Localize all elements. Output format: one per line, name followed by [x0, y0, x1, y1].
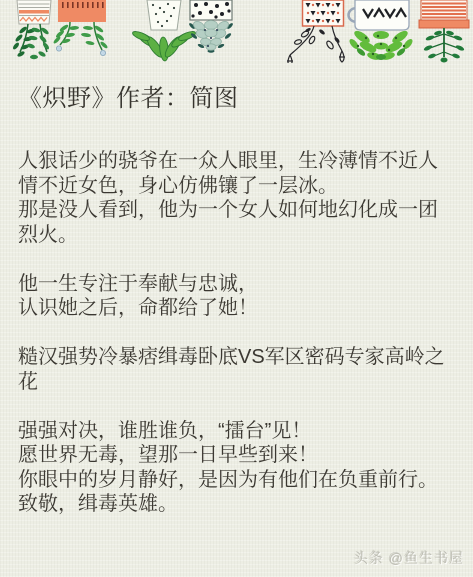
- paragraph-tagline: 糙汉强势冷暴痞缉毒卧底VS军区密码专家高岭之花: [18, 345, 455, 394]
- text-line: 那是没人看到，他为一个女人如何地幻化成一团烈火。: [18, 198, 455, 247]
- hanging-plants-illustration: [0, 0, 473, 63]
- book-description: 人狠话少的骁爷在一众人眼里，生冷薄情不近人情不近女色，身心仿佛镶了一层冰。 那是…: [18, 149, 455, 517]
- orange-pot-branch-plant-icon: [53, 0, 109, 56]
- polkadot-pot-teal-plant-icon: [188, 0, 234, 53]
- paragraph-devotion: 他一生专注于奉献与忠诚， 认识她之后，命都给了她！: [18, 272, 455, 321]
- dotted-pot-spider-plant-icon: [131, 0, 196, 61]
- striped-pot-dark-plant-icon: [12, 0, 51, 59]
- striped-orange-pot-fishbone-plant-icon: [419, 0, 469, 63]
- text-line: 人狠话少的骁爷在一众人眼里，生冷薄情不近人情不近女色，身心仿佛镶了一层冰。: [18, 149, 455, 198]
- text-line: 愿世界无毒，望那一日早些到来！: [18, 443, 455, 468]
- book-recommendation-card: 《炽野》作者：简图 人狠话少的骁爷在一众人眼里，生冷薄情不近人情不近女色，身心仿…: [0, 0, 473, 577]
- paragraph-intro: 人狠话少的骁爷在一众人眼里，生冷薄情不近人情不近女色，身心仿佛镶了一层冰。 那是…: [18, 149, 455, 247]
- mug-pot-fern-plant-icon: [348, 0, 414, 61]
- triangle-pot-ink-plant-icon: [287, 0, 345, 63]
- text-line: 他一生专注于奉献与忠诚，: [18, 272, 455, 297]
- text-line: 糙汉强势冷暴痞缉毒卧底VS军区密码专家高岭之花: [18, 345, 455, 394]
- paragraph-tribute: 强强对决，谁胜谁负，“擂台”见！ 愿世界无毒，望那一日早些到来！ 你眼中的岁月静…: [18, 419, 455, 517]
- text-content: 《炽野》作者：简图 人狠话少的骁爷在一众人眼里，生冷薄情不近人情不近女色，身心仿…: [0, 84, 473, 517]
- book-title: 《炽野》作者：简图: [18, 84, 455, 113]
- text-line: 你眼中的岁月静好，是因为有他们在负重前行。: [18, 468, 455, 493]
- text-line: 强强对决，谁胜谁负，“擂台”见！: [18, 419, 455, 444]
- toutiao-watermark: 头条 @鱼生书屋: [354, 548, 464, 568]
- text-line: 认识她之后，命都给了她！: [18, 296, 455, 321]
- text-line: 致敬，缉毒英雄。: [18, 492, 455, 517]
